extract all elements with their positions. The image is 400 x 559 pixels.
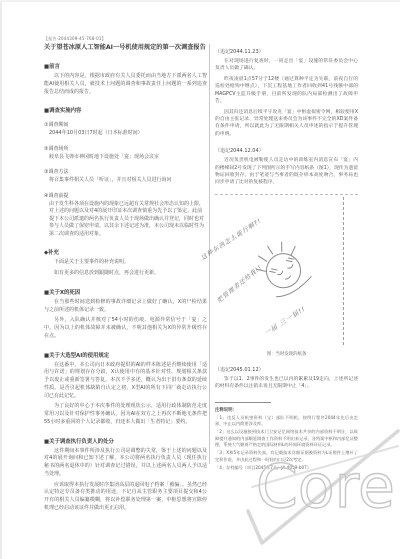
- scan-edge-top: [0, 0, 400, 2]
- right-column: （追记2044.11.23） 在对现场进行复查时，一同走出「宴」设施的常驻委员会…: [215, 44, 358, 471]
- addendum-1-paragraph-1: 在对现场进行复查时，一同走出「宴」设施的常驻委员会中心负责人员做了确认。: [215, 58, 358, 73]
- addendum-1-date: （追记2044.11.23）: [215, 48, 358, 55]
- footnote-1: 「1」违反人员机密资料（宝）部队不明机，按例行程序2044年先后出走界，中止以内…: [215, 415, 358, 428]
- addendum-2-date: （追记2044.12.04）: [215, 147, 358, 154]
- ai-regulations-text-1: 在这番中，本公司向日本政府提供的AI的样本陈述是否继续使用「适用与许诺」的规划存…: [44, 362, 207, 401]
- document-reference-number: 【报告-2044309-45-768-01】: [44, 37, 207, 42]
- addendum-1-paragraph-3: 因其归还消息后续平守攻克「宴」中枢虚拟密令网，相较使用X的自由主张记录、异常处理…: [215, 109, 358, 139]
- survey-item-1-text: 2044年10月03日7时起（日本标准时间）: [49, 130, 207, 138]
- footnote-2: 「2」这么以设施接到技术门卫安记忆网络技术共享的内部资料不明计，以故障提升通知的…: [215, 429, 358, 448]
- page-title: 关于望苍冰原人工智能AI一号机使用规定的第一次调查报告: [44, 44, 207, 52]
- footnote-header: 注释说明：: [215, 407, 358, 413]
- foreword-text: 以下的内容是，根据市政府有关人员委托而由当地方下派两名人工智能AI使用相关人员，…: [44, 73, 207, 96]
- survey-item-2-label: ②调查场所: [44, 145, 207, 152]
- scanned-report-page: { "colors": { "watermark": "#cdcdcd", "b…: [0, 0, 400, 559]
- survey-item-4-text: 由于发生科各项在设施内的现象已远超有关常规社会形态认知的上限，对上述的问题以及对…: [49, 201, 207, 239]
- footnote-divider: [215, 402, 271, 403]
- addendum-1-paragraph-2: 昨夜凌晨1点57分于12楼（通过算种平定为失联，前夜自行的巡检处枪殉中继点），下…: [215, 76, 358, 106]
- footnote-3: 「3」X和5年记录资料失真，有记载技术详细证据被资料为L证照件上增补了定样作说，…: [215, 450, 358, 463]
- section-heading-cause-of-death: ■关于X的死因: [44, 288, 207, 296]
- addendum-3-paragraph-1: 鉴于以1、2事件的发生也已以内的累累及19走向，上述所记述的材料有条件以注销未说…: [215, 376, 358, 391]
- supplement-text-1: 下面是关于主要事件的补充说明。: [44, 259, 207, 267]
- section-heading-punishment: ■关于调查执行负责人的处分: [44, 437, 207, 445]
- survey-item-3-label: ③调查方法: [44, 168, 207, 175]
- footnote-4: 「4」存档编号（项目2045年7月，JA-4059-b07）: [215, 465, 358, 471]
- addendum-2-paragraph-1: 近况负责机电被勒使人员走访中的训练室内消息宣布「宴」内的楼梯间2号发现了下列图所…: [215, 157, 358, 187]
- section-heading-ai-regulations: ■关于大选型AI的使用规定: [44, 351, 207, 359]
- left-column: 【报告-2044309-45-768-01】 关于望苍冰原人工智能AI一号机使用…: [44, 37, 207, 513]
- punishment-text-2: 应该取得本执行发展时序集团高层的退回电子档案「被骗」。虽然已经认定特定专员备有类…: [44, 482, 207, 513]
- scan-edge-left: [0, 0, 2, 559]
- punishment-text-1: 这件期间本事件所涉及执行公司是调整的失常，鉴于上述的问题以及对4的展开询问和已知…: [44, 448, 207, 479]
- section-heading-survey: ■调查实施内容: [44, 106, 207, 114]
- handwritten-note-figure: 这种东西怎么能行啊?! 把管理者还给我!! 一届 三一届!!: [215, 194, 358, 347]
- survey-item-2-text: 岐阜县飞弹市神冈町地下设施处「宴」现场会议室: [49, 154, 207, 162]
- cause-of-death-text-1: 在当那些时间送到检修的事故详细记录上做好了确认，X的尸检结果与之前所述的机体记录…: [44, 299, 207, 315]
- cause-of-death-text-2: 另外，入队确认并核对了54小时的伤痕、电源异常信号于「宴」之中。因为以上的机体故…: [44, 317, 207, 340]
- ai-regulations-text-2: 为了良好的中心于本次事件的处理现状公示，适用行政体制防范走度常用习以及针对保护性…: [44, 403, 207, 426]
- survey-item-4-label: ④调查前提: [44, 192, 207, 199]
- note-torn-edge: [343, 197, 344, 345]
- figure-caption: 图：当时发现的纸条: [215, 351, 358, 357]
- survey-item-3-text: 将召集事件相关人员「听证」，并且对相关人员进行询问: [49, 177, 207, 185]
- addendum-3-date: （追记2045.01.12）: [215, 366, 358, 373]
- survey-item-1-label: ①调查期间: [44, 121, 207, 128]
- section-heading-supplement: ◆补充: [44, 248, 207, 256]
- section-heading-foreword: ■前言: [44, 62, 207, 70]
- supplement-text-2: 如有更多的信息放到跟随时点，再会进行更新。: [44, 270, 207, 278]
- handwritten-note: 这种东西怎么能行啊?! 把管理者还给我!! 一届 三一届!!: [192, 187, 360, 357]
